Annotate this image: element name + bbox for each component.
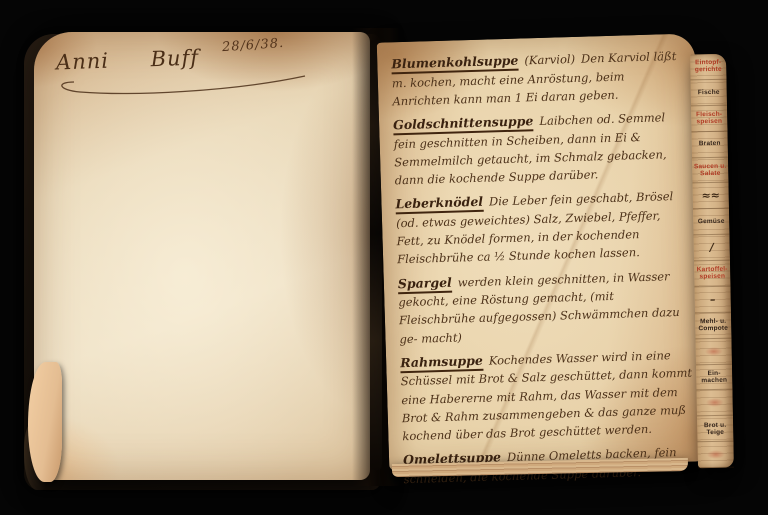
photo-stage: Anni Buff 28/6/38. Blumenkohlsuppe(Karvi… <box>0 0 768 515</box>
tab-label-line: Fische <box>698 89 720 97</box>
index-tab: Fische <box>691 80 727 107</box>
index-tab: Eintopf-gerichte <box>690 54 726 81</box>
signature-flourish <box>50 70 320 96</box>
tab-label-line: Salate <box>700 170 720 178</box>
index-tab <box>695 338 731 365</box>
right-page: Blumenkohlsuppe(Karviol)Den Karviol läßt… <box>377 33 708 470</box>
index-tab: / <box>694 235 730 262</box>
tab-label-line: speisen <box>699 273 725 281</box>
thumb-index: Eintopf-gerichteFischeFleisch-speisenBra… <box>690 54 734 469</box>
tab-label-line: machen <box>701 377 727 385</box>
tab-label-line: Gemüse <box>698 218 725 226</box>
index-tab: Ein-machen <box>696 364 732 391</box>
left-page: Anni Buff 28/6/38. <box>34 32 370 480</box>
index-tab <box>696 390 732 417</box>
recipe-entry: Spargelwerden klein geschnitten, in Wass… <box>398 265 692 348</box>
tab-label-line: Compote <box>698 325 728 333</box>
handwritten-mark: ≈≈ <box>701 189 720 202</box>
worn-tab-label <box>706 398 724 407</box>
recipe-title: Blumenkohlsuppe <box>391 53 519 75</box>
tab-label-line: Teige <box>706 428 724 435</box>
handwritten-mark: – <box>710 293 716 306</box>
torn-page-flap <box>28 362 62 482</box>
index-tab: Brot u.Teige <box>697 416 733 443</box>
date-note: 28/6/38. <box>222 36 285 55</box>
tab-label-line: gerichte <box>695 66 722 74</box>
index-tab <box>697 442 733 469</box>
recipe-title: Goldschnittensuppe <box>393 113 534 135</box>
recipe-subtitle: (Karviol) <box>524 52 575 67</box>
worn-tab-label <box>707 450 725 459</box>
tab-label-line: speisen <box>696 118 722 126</box>
index-tab: Kartoffel-speisen <box>694 261 730 288</box>
index-tab: Gemüse <box>693 209 729 236</box>
recipe-entry: RahmsuppeKochendes Wasser wird in eine S… <box>400 344 695 445</box>
recipe-title: Leberknödel <box>395 194 483 215</box>
handwritten-mark: / <box>710 241 714 254</box>
recipe-entry: Blumenkohlsuppe(Karviol)Den Karviol läßt… <box>391 46 685 111</box>
recipe-list: Blumenkohlsuppe(Karviol)Den Karviol läßt… <box>391 46 696 493</box>
index-tab: ≈≈ <box>693 183 729 210</box>
recipe-entry: LeberknödelDie Leber fein geschabt, Brös… <box>395 186 689 269</box>
index-tab: Fleisch-speisen <box>691 105 727 132</box>
recipe-entry: GoldschnittensuppeLaibchen od. Semmel fe… <box>393 107 687 190</box>
index-tab: Braten <box>692 131 728 158</box>
recipe-title: Rahmsuppe <box>400 353 483 373</box>
tab-label-line: Braten <box>699 140 721 148</box>
worn-tab-label <box>705 346 723 355</box>
index-tab: Saucen u.Salate <box>692 157 728 184</box>
recipe-title: Spargel <box>398 274 452 294</box>
index-tab: – <box>695 287 731 314</box>
index-tab: Mehl- u.Compote <box>695 312 731 339</box>
